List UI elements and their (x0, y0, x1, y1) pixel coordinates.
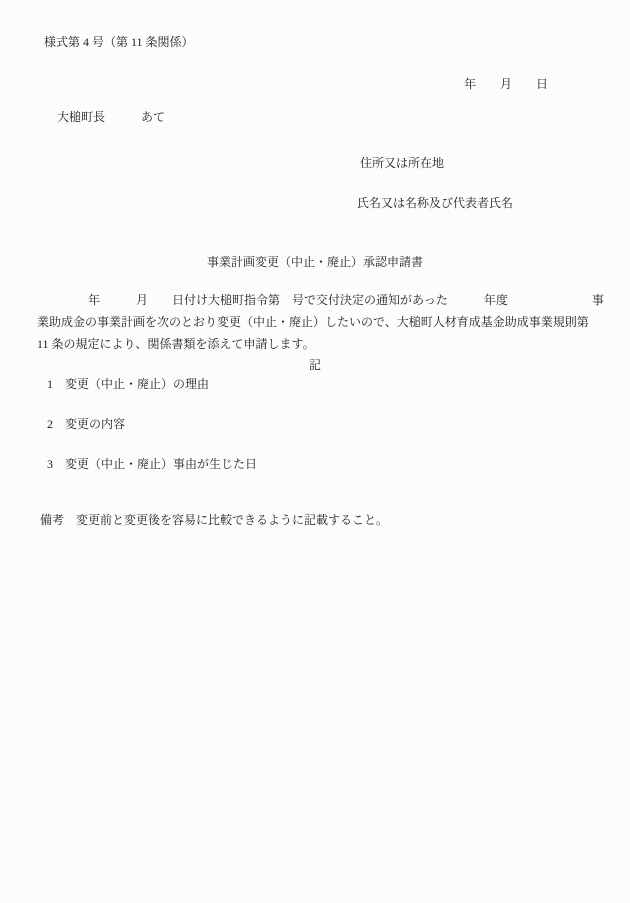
remarks-note: 備考 変更前と変更後を容易に比較できるように記載すること。 (40, 512, 388, 528)
form-number: 様式第 4 号（第 11 条関係） (44, 34, 194, 50)
date-placeholder-line: 年 月 日 (464, 76, 548, 92)
sender-name-label: 氏名又は名称及び代表者氏名 (357, 195, 513, 211)
addressee-line: 大槌町長 あて (57, 109, 165, 125)
list-item-change-reason: 1 変更（中止・廃止）の理由 (47, 376, 209, 392)
body-paragraph-line-1: 年 月 日付け大槌町指令第 号で交付決定の通知があった 年度 事 (37, 292, 604, 308)
body-paragraph-line-2: 業助成金の事業計画を次のとおり変更（中止・廃止）したいので、大槌町人材育成基金助… (37, 314, 589, 330)
document-page: 様式第 4 号（第 11 条関係） 年 月 日 大槌町長 あて 住所又は所在地 … (0, 0, 630, 903)
record-marker: 記 (0, 357, 630, 373)
list-item-change-content: 2 変更の内容 (47, 416, 125, 432)
sender-address-label: 住所又は所在地 (360, 155, 444, 171)
document-title: 事業計画変更（中止・廃止）承認申請書 (0, 254, 630, 270)
body-paragraph-line-3: 11 条の規定により、関係書類を添えて申請します。 (37, 336, 315, 352)
list-item-change-date: 3 変更（中止・廃止）事由が生じた日 (47, 456, 257, 472)
